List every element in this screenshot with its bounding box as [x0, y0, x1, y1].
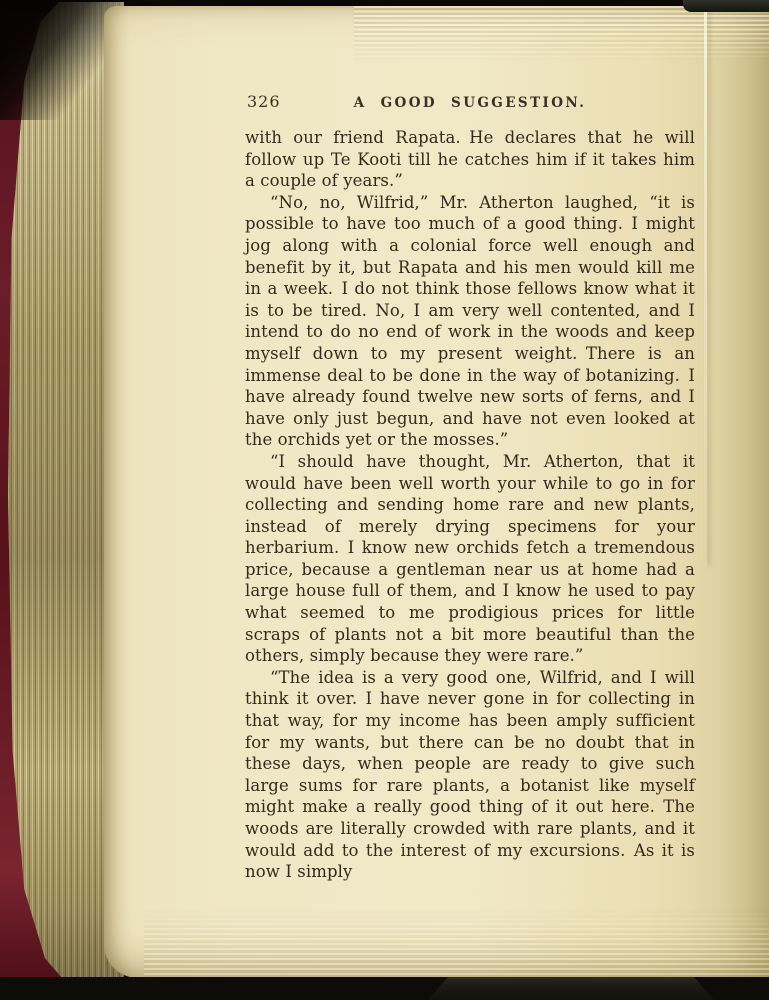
paragraph-2: “No, no, Wilfrid,” Mr. Atherton laughed,…	[245, 192, 695, 451]
book-stand	[428, 977, 714, 1000]
running-title: A GOOD SUGGESTION.	[354, 95, 587, 111]
paragraph-4: “The idea is a very good one, Wilfrid, a…	[245, 667, 695, 883]
running-head: 326 A GOOD SUGGESTION.	[245, 92, 695, 112]
book-page: 326 A GOOD SUGGESTION. with our friend R…	[104, 6, 769, 978]
page-number: 326	[247, 92, 281, 111]
page-crease	[704, 6, 707, 566]
table-surface	[0, 977, 769, 1000]
paragraph-1: with our friend Rapata. He declares that…	[245, 127, 695, 192]
paragraph-3: “I should have thought, Mr. Atherton, th…	[245, 451, 695, 667]
book-photo: 326 A GOOD SUGGESTION. with our friend R…	[0, 0, 769, 1000]
bottom-page-edges	[144, 908, 769, 978]
page-content: 326 A GOOD SUGGESTION. with our friend R…	[245, 92, 695, 883]
top-shadow-right	[683, 0, 769, 12]
